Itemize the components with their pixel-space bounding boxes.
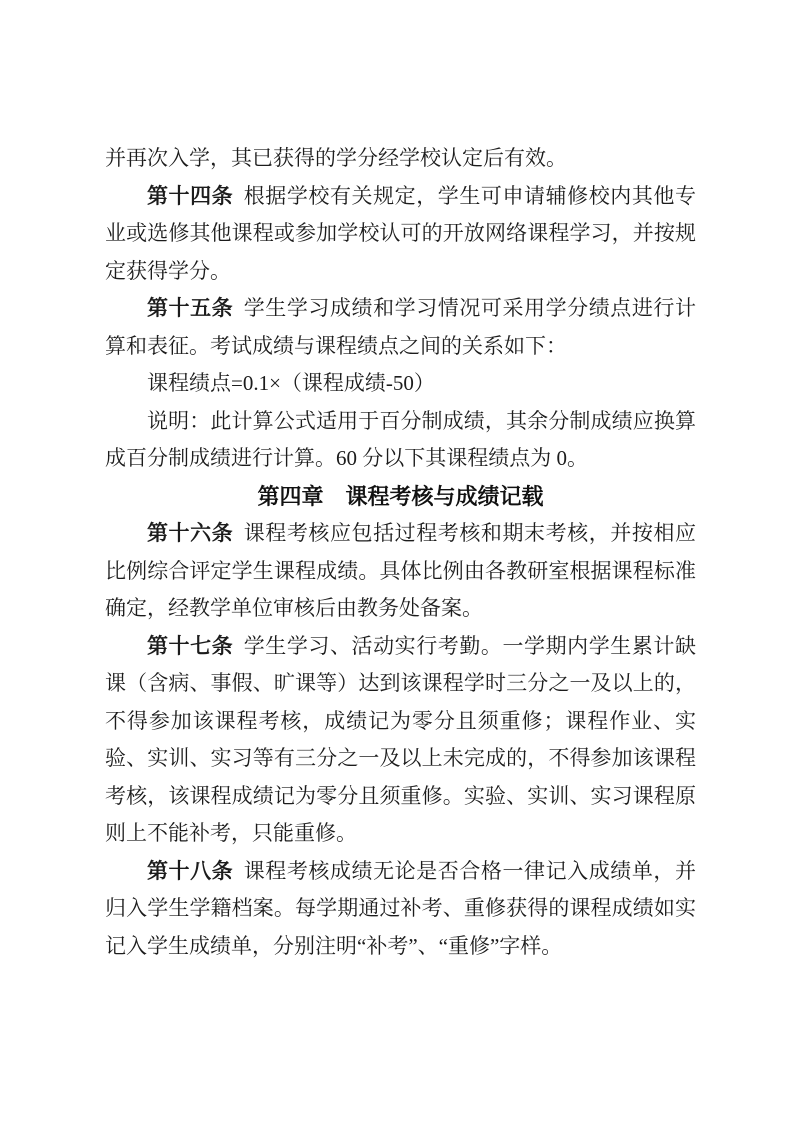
paragraph-formula: 课程绩点=0.1×（课程成绩-50） — [105, 365, 696, 403]
article-number: 第十五条 — [147, 296, 233, 320]
article-number: 第十七条 — [147, 634, 233, 658]
paragraph-article-17: 第十七条学生学习、活动实行考勤。一学期内学生累计缺课（含病、事假、旷课等）达到该… — [105, 628, 696, 853]
document-page: 并再次入学，其已获得的学分经学校认定后有效。 第十四条根据学校有关规定，学生可申… — [0, 0, 794, 1122]
paragraph-note: 说明：此计算公式适用于百分制成绩，其余分制成绩应换算成百分制成绩进行计算。60 … — [105, 403, 696, 478]
paragraph-text: 并再次入学，其已获得的学分经学校认定后有效。 — [105, 146, 567, 170]
article-number: 第十八条 — [147, 859, 233, 883]
paragraph-article-14: 第十四条根据学校有关规定，学生可申请辅修校内其他专业或选修其他课程或参加学校认可… — [105, 178, 696, 291]
paragraph-text: 说明：此计算公式适用于百分制成绩，其余分制成绩应换算成百分制成绩进行计算。60 … — [105, 409, 696, 471]
chapter-heading: 第四章 课程考核与成绩记载 — [105, 478, 696, 516]
formula-text: 课程绩点=0.1×（课程成绩-50） — [147, 371, 435, 395]
document-body: 并再次入学，其已获得的学分经学校认定后有效。 第十四条根据学校有关规定，学生可申… — [105, 140, 696, 965]
paragraph-article-15: 第十五条学生学习成绩和学习情况可采用学分绩点进行计算和表征。考试成绩与课程绩点之… — [105, 290, 696, 365]
paragraph-continuation: 并再次入学，其已获得的学分经学校认定后有效。 — [105, 140, 696, 178]
paragraph-article-18: 第十八条课程考核成绩无论是否合格一律记入成绩单，并归入学生学籍档案。每学期通过补… — [105, 853, 696, 966]
paragraph-text: 学生学习、活动实行考勤。一学期内学生累计缺课（含病、事假、旷课等）达到该课程学时… — [105, 634, 696, 846]
article-number: 第十四条 — [147, 184, 233, 208]
paragraph-article-16: 第十六条课程考核应包括过程考核和期末考核，并按相应比例综合评定学生课程成绩。具体… — [105, 515, 696, 628]
article-number: 第十六条 — [147, 521, 233, 545]
